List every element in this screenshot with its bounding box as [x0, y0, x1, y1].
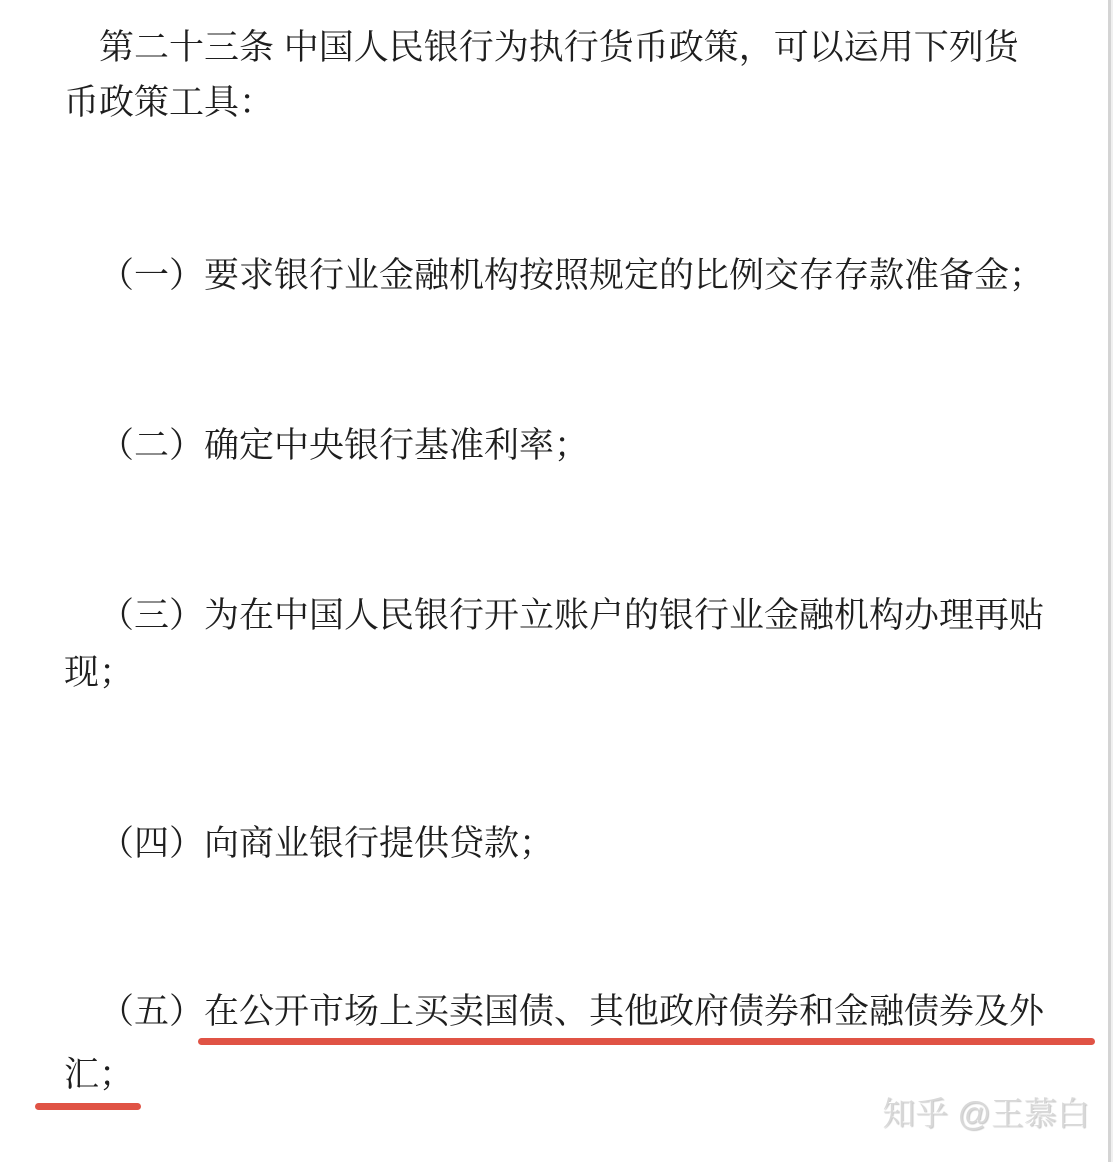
item-4-line-1: （四）向商业银行提供贷款； — [99, 826, 554, 861]
paragraph-line-2: 币政策工具： — [64, 85, 274, 120]
item-3-line-1: （三）为在中国人民银行开立账户的银行业金融机构办理再贴 — [99, 598, 1044, 633]
red-underline-short — [35, 1103, 141, 1110]
zhihu-watermark: 知乎 @王慕白 — [882, 1096, 1090, 1132]
red-underline-long — [198, 1038, 1095, 1045]
paragraph-line-1: 第二十三条 中国人民银行为执行货币政策，可以运用下列货 — [99, 30, 1019, 65]
item-5-line-2: 汇； — [64, 1057, 134, 1092]
item-3-line-2: 现； — [64, 655, 134, 690]
item-2-line-1: （二）确定中央银行基准利率； — [99, 428, 589, 463]
item-5-line-1: （五）在公开市场上买卖国债、其他政府债券和金融债券及外 — [99, 994, 1044, 1029]
right-edge-border — [1108, 0, 1113, 1162]
document-page: 第二十三条 中国人民银行为执行货币政策，可以运用下列货 币政策工具： （一）要求… — [0, 0, 1117, 1162]
item-1-line-1: （一）要求银行业金融机构按照规定的比例交存存款准备金； — [99, 258, 1044, 293]
